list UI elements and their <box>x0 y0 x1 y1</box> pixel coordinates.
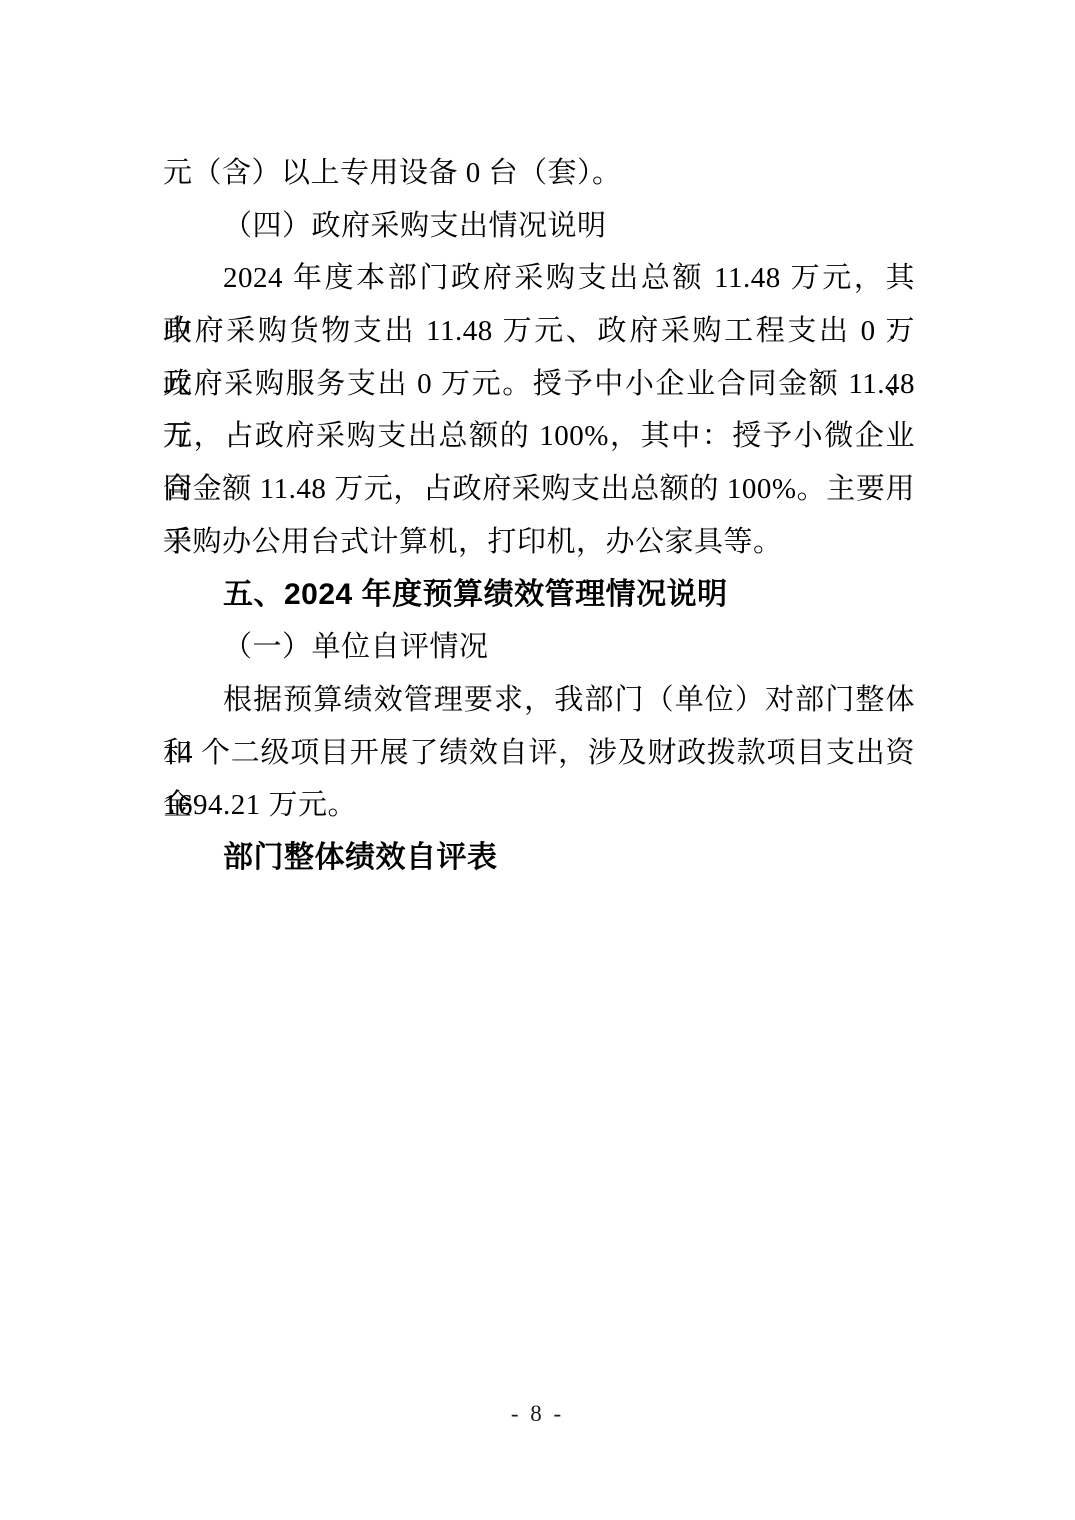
document-body: 元（含）以上专用设备 0 台（套）。（四）政府采购支出情况说明2024 年度本部… <box>163 147 915 885</box>
body-line: 采购办公用台式计算机，打印机，办公家具等。 <box>163 516 915 569</box>
document-page: 元（含）以上专用设备 0 台（套）。（四）政府采购支出情况说明2024 年度本部… <box>0 0 1075 1520</box>
page-number: - 8 - <box>0 1401 1075 1427</box>
body-line: 政府采购服务支出 0 万元。授予中小企业合同金额 11.48 万 <box>163 358 915 411</box>
section-heading: 五、2024 年度预算绩效管理情况说明 <box>163 569 915 622</box>
subsection-heading: （四）政府采购支出情况说明 <box>163 200 915 253</box>
body-line: 元，占政府采购支出总额的 100%，其中：授予小微企业合 <box>163 410 915 463</box>
body-line: 政府采购货物支出 11.48 万元、政府采购工程支出 0 万元、 <box>163 305 915 358</box>
body-line: 2024 年度本部门政府采购支出总额 11.48 万元，其中： <box>163 252 915 305</box>
body-line: 1694.21 万元。 <box>163 779 915 832</box>
subsection-heading: （一）单位自评情况 <box>163 621 915 674</box>
body-line: 根据预算绩效管理要求，我部门（单位）对部门整体和 <box>163 674 915 727</box>
body-line: 14 个二级项目开展了绩效自评，涉及财政拨款项目支出资金 <box>163 727 915 780</box>
body-line: 元（含）以上专用设备 0 台（套）。 <box>163 147 915 200</box>
body-line: 同金额 11.48 万元，占政府采购支出总额的 100%。主要用于 <box>163 463 915 516</box>
table-title: 部门整体绩效自评表 <box>163 832 915 885</box>
